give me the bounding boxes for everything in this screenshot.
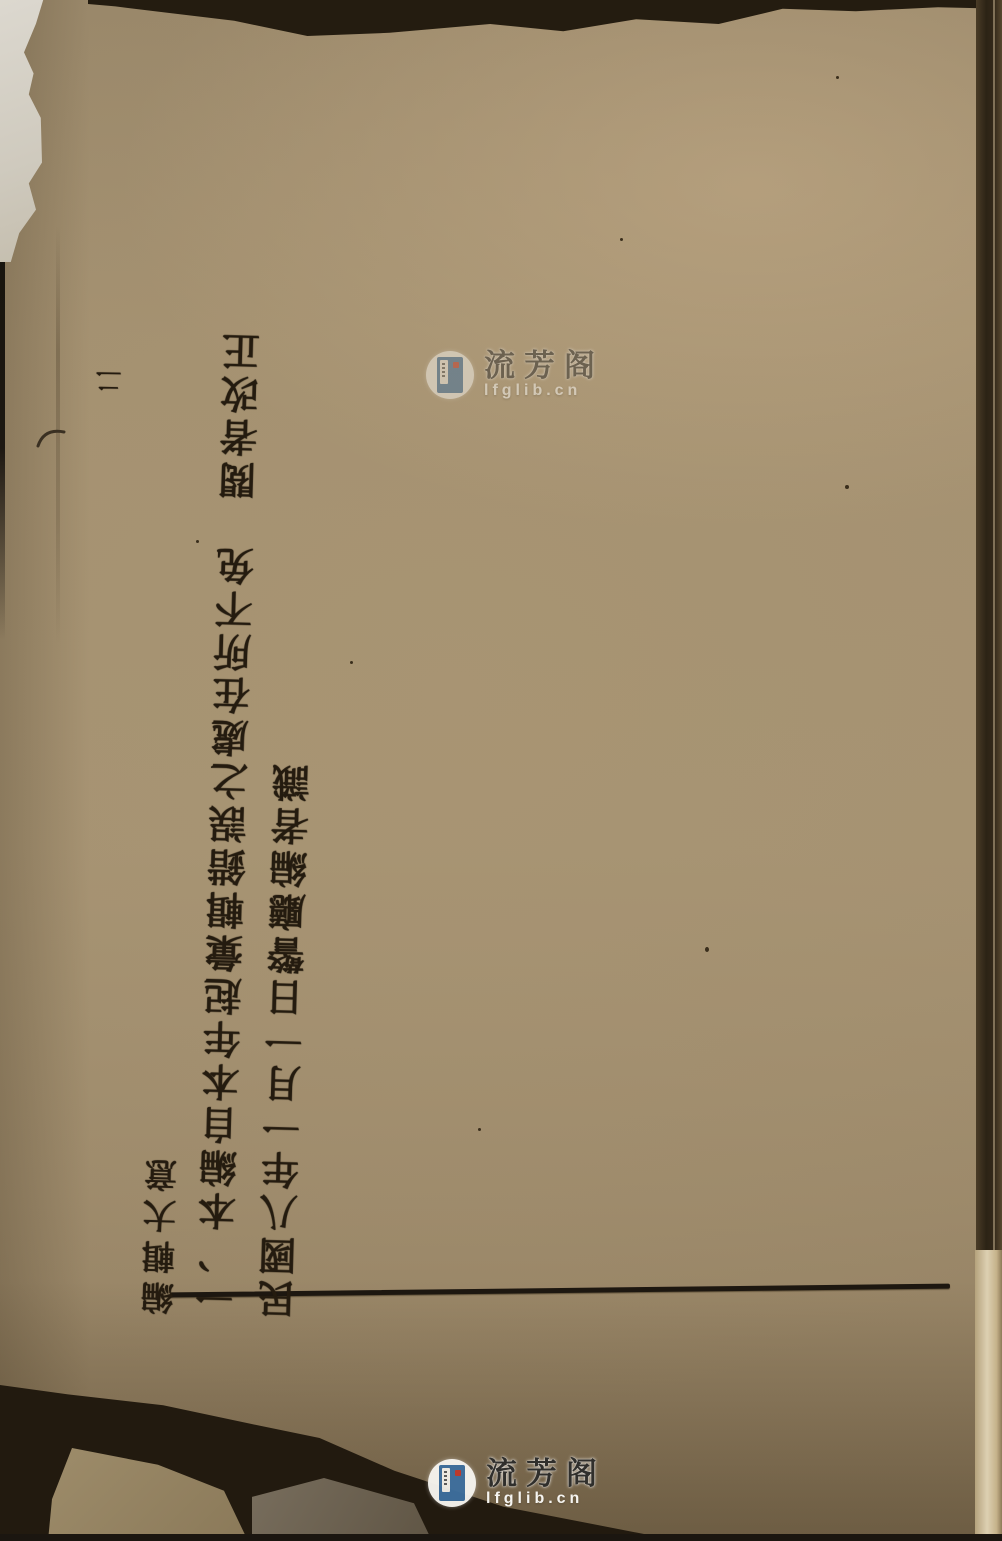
section-heading: 編輯大意	[136, 1150, 183, 1315]
text-column-2: 民國八年一月一日警廳編者識	[252, 759, 320, 1319]
tear-mark	[34, 416, 74, 456]
bottom-edge-strip	[0, 1534, 1002, 1541]
speck	[836, 76, 839, 79]
right-dark-gutter	[976, 0, 1002, 1290]
scanned-book-page: { "document": { "heading": "編輯大意", "line…	[0, 0, 1002, 1541]
book-label	[442, 1468, 450, 1492]
watermark-site-name: 流芳阁	[486, 1458, 606, 1491]
watermark-site-url: lfglib.cn	[486, 1491, 606, 1508]
book-label	[440, 360, 448, 384]
speck	[478, 1128, 481, 1131]
watermark-logo-badge	[426, 351, 474, 399]
right-page-edges	[975, 1250, 1002, 1541]
page-number: 二	[92, 364, 130, 395]
right-gutter-highlight	[993, 0, 995, 1270]
book-icon	[437, 357, 463, 393]
speck	[620, 238, 623, 241]
watermark-logo-badge	[428, 1459, 476, 1507]
watermark-lower: 流芳阁 lfglib.cn	[428, 1458, 606, 1507]
text-block-rotated: 編輯大意 一、本編自本年起彙輯錯誤之處在所不免 閱者改正 民國八年一月一日警廳編…	[72, 325, 278, 1318]
book-seal	[453, 362, 459, 368]
watermark-site-name: 流芳阁	[484, 350, 604, 383]
watermark-upper: 流芳阁 lfglib.cn	[426, 350, 604, 399]
speck	[705, 947, 709, 952]
speck	[845, 485, 849, 489]
watermark-site-url: lfglib.cn	[484, 383, 604, 400]
speck	[350, 661, 353, 664]
book-seal	[455, 1470, 461, 1476]
book-icon	[439, 1465, 465, 1501]
